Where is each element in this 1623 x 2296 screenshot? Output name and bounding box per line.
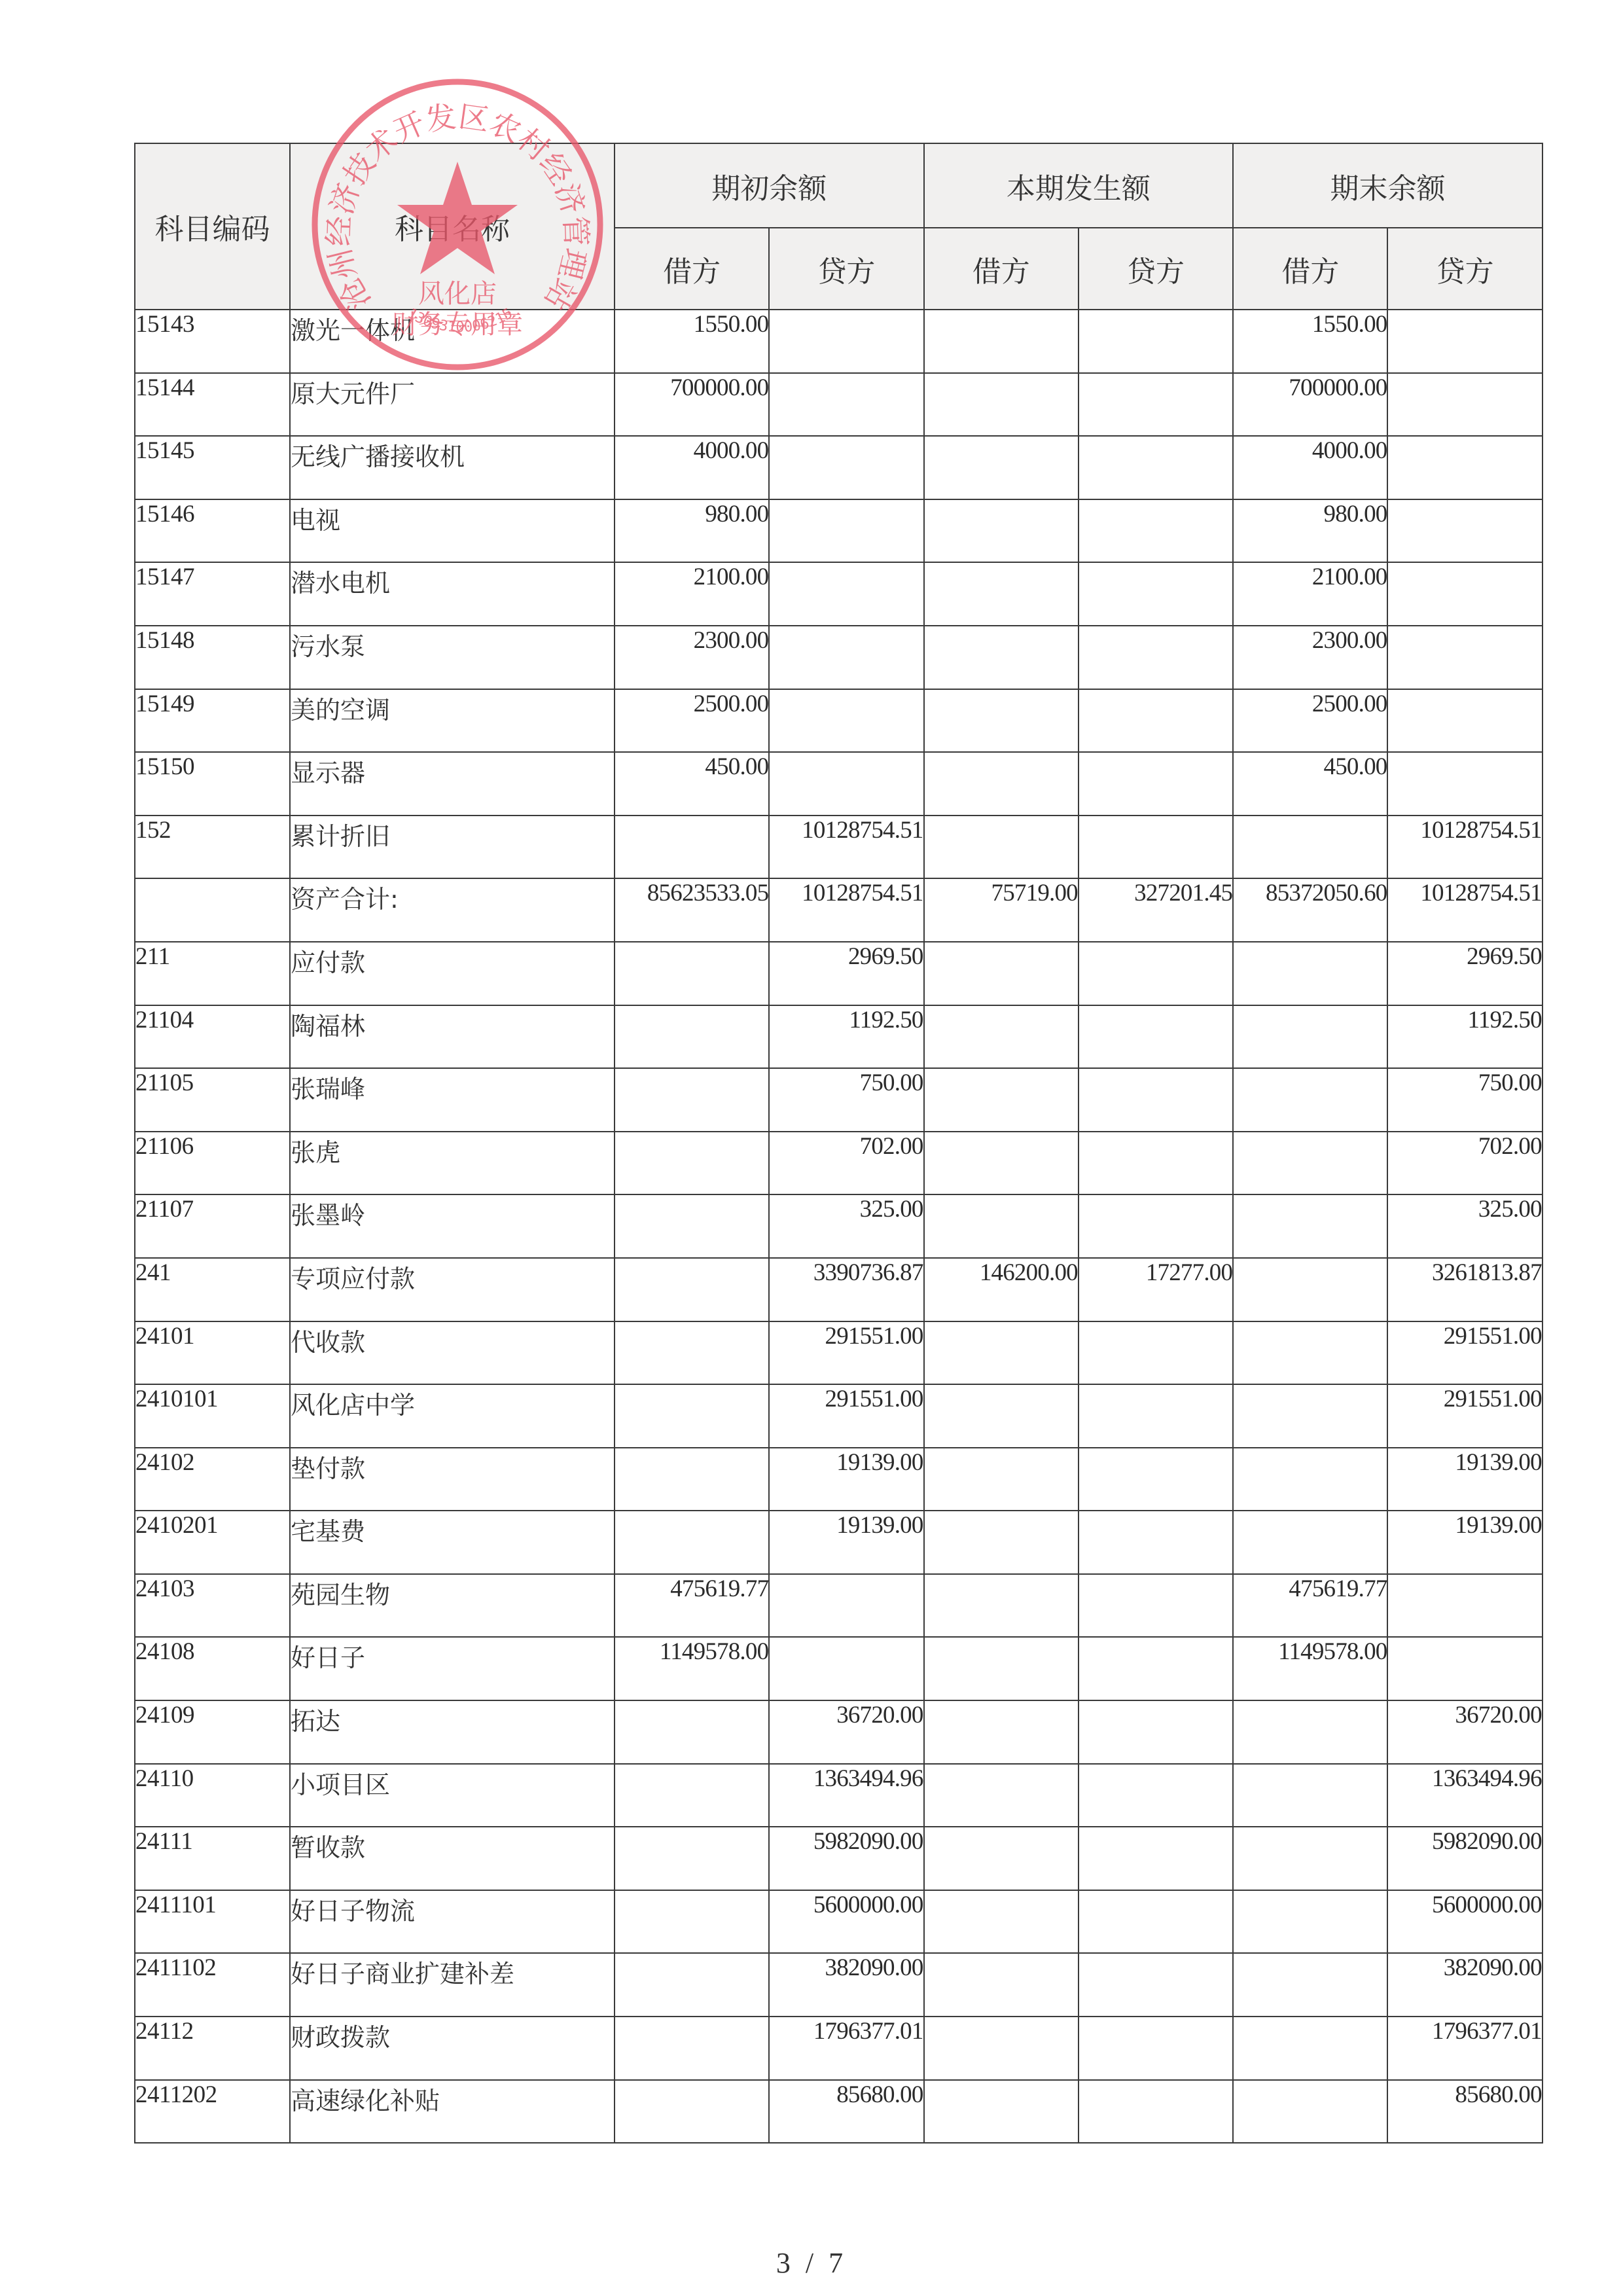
cell-opening-debit [615,1953,769,2017]
cell-period-credit [1079,1827,1233,1890]
cell-closing-debit [1233,1194,1387,1258]
cell-account-name: 宅基费 [290,1511,615,1574]
cell-opening-credit [769,310,923,373]
table-row: 15144原大元件厂700000.00700000.00 [135,373,1543,437]
cell-closing-credit: 2969.50 [1387,942,1542,1005]
table-row: 2411101好日子物流5600000.005600000.00 [135,1890,1543,1954]
cell-opening-credit: 5600000.00 [769,1890,923,1954]
cell-opening-credit: 5982090.00 [769,1827,923,1890]
cell-opening-credit: 291551.00 [769,1321,923,1385]
cell-period-credit [1079,1574,1233,1638]
cell-closing-debit: 1550.00 [1233,310,1387,373]
cell-period-debit [924,1827,1079,1890]
cell-account-name: 好日子商业扩建补差 [290,1953,615,2017]
cell-account-name: 暂收款 [290,1827,615,1890]
cell-account-code: 15150 [135,752,290,816]
table-header: 科目编码 科目名称 期初余额 本期发生额 期末余额 借方 贷方 借方 贷方 借方… [135,143,1543,310]
cell-period-debit: 75719.00 [924,878,1079,942]
cell-opening-debit: 2500.00 [615,689,769,753]
cell-account-name: 资产合计: [290,878,615,942]
cell-closing-debit: 980.00 [1233,499,1387,563]
cell-opening-debit [615,816,769,879]
table-row: 24109拓达36720.0036720.00 [135,1700,1543,1764]
cell-period-credit [1079,1384,1233,1448]
cell-closing-credit [1387,752,1542,816]
cell-period-credit [1079,1953,1233,2017]
table-row: 211应付款2969.502969.50 [135,942,1543,1005]
cell-closing-credit: 702.00 [1387,1132,1542,1195]
table-row: 24112财政拨款1796377.011796377.01 [135,2017,1543,2080]
cell-account-code: 24111 [135,1827,290,1890]
cell-closing-credit [1387,626,1542,689]
cell-closing-debit [1233,816,1387,879]
cell-account-name: 风化店中学 [290,1384,615,1448]
cell-closing-credit [1387,1637,1542,1700]
cell-period-credit [1079,562,1233,626]
cell-period-debit [924,816,1079,879]
trial-balance-table: 科目编码 科目名称 期初余额 本期发生额 期末余额 借方 贷方 借方 贷方 借方… [134,143,1543,2144]
cell-account-code: 24112 [135,2017,290,2080]
cell-closing-credit: 19139.00 [1387,1448,1542,1511]
cell-account-code: 152 [135,816,290,879]
cell-closing-credit: 1796377.01 [1387,2017,1542,2080]
cell-closing-credit: 291551.00 [1387,1384,1542,1448]
cell-opening-debit [615,1068,769,1132]
cell-opening-debit [615,1258,769,1321]
cell-opening-credit [769,499,923,563]
cell-opening-debit [615,2080,769,2144]
header-opening-debit: 借方 [615,228,769,310]
cell-period-debit [924,2017,1079,2080]
cell-closing-credit: 3261813.87 [1387,1258,1542,1321]
cell-opening-debit: 85623533.05 [615,878,769,942]
cell-account-name: 潜水电机 [290,562,615,626]
cell-closing-credit [1387,436,1542,499]
cell-account-name: 拓达 [290,1700,615,1764]
cell-opening-credit: 291551.00 [769,1384,923,1448]
table-body: 15143激光一体机1550.001550.0015144原大元件厂700000… [135,310,1543,2143]
table-row: 15150显示器450.00450.00 [135,752,1543,816]
cell-opening-credit: 1796377.01 [769,2017,923,2080]
table-row: 24102垫付款19139.0019139.00 [135,1448,1543,1511]
cell-period-debit [924,2080,1079,2144]
cell-closing-debit [1233,1258,1387,1321]
cell-account-code: 24101 [135,1321,290,1385]
cell-period-credit [1079,942,1233,1005]
cell-closing-debit [1233,1132,1387,1195]
header-account-name: 科目名称 [290,143,615,310]
cell-closing-debit [1233,1005,1387,1069]
cell-account-code: 21106 [135,1132,290,1195]
cell-opening-credit: 19139.00 [769,1448,923,1511]
cell-opening-credit [769,752,923,816]
cell-opening-debit [615,1194,769,1258]
cell-account-name: 好日子 [290,1637,615,1700]
cell-account-name: 应付款 [290,942,615,1005]
cell-closing-debit [1233,2080,1387,2144]
cell-opening-debit [615,1005,769,1069]
cell-account-code: 24109 [135,1700,290,1764]
cell-period-debit [924,436,1079,499]
cell-closing-debit: 2500.00 [1233,689,1387,753]
cell-opening-debit: 980.00 [615,499,769,563]
cell-account-code: 15145 [135,436,290,499]
table-row: 15145无线广播接收机4000.004000.00 [135,436,1543,499]
cell-opening-debit [615,942,769,1005]
cell-period-debit [924,1890,1079,1954]
cell-account-code: 15148 [135,626,290,689]
cell-period-debit [924,562,1079,626]
cell-closing-debit [1233,1384,1387,1448]
cell-period-debit [924,1637,1079,1700]
cell-closing-credit: 382090.00 [1387,1953,1542,2017]
page-number: 3 / 7 [0,2246,1623,2280]
header-closing-balance: 期末余额 [1233,143,1543,228]
cell-opening-credit: 36720.00 [769,1700,923,1764]
cell-period-credit [1079,752,1233,816]
header-closing-debit: 借方 [1233,228,1387,310]
cell-closing-credit: 36720.00 [1387,1700,1542,1764]
cell-closing-debit [1233,1068,1387,1132]
cell-period-credit [1079,1511,1233,1574]
cell-opening-credit: 10128754.51 [769,878,923,942]
cell-account-code: 2410201 [135,1511,290,1574]
cell-period-credit [1079,1321,1233,1385]
cell-account-code: 2411102 [135,1953,290,2017]
table-row: 24108好日子1149578.001149578.00 [135,1637,1543,1700]
cell-opening-credit [769,689,923,753]
cell-period-credit [1079,626,1233,689]
header-closing-credit: 贷方 [1387,228,1542,310]
cell-account-name: 电视 [290,499,615,563]
table-row: 15146电视980.00980.00 [135,499,1543,563]
cell-opening-debit: 4000.00 [615,436,769,499]
cell-account-name: 美的空调 [290,689,615,753]
cell-period-credit [1079,1637,1233,1700]
cell-opening-credit: 750.00 [769,1068,923,1132]
table-row: 241专项应付款3390736.87146200.0017277.0032618… [135,1258,1543,1321]
cell-account-name: 小项目区 [290,1764,615,1827]
cell-period-credit [1079,310,1233,373]
cell-period-debit [924,1194,1079,1258]
cell-account-name: 张墨岭 [290,1194,615,1258]
cell-period-debit [924,626,1079,689]
cell-opening-debit [615,1890,769,1954]
cell-account-name: 张虎 [290,1132,615,1195]
cell-period-credit [1079,1068,1233,1132]
cell-period-debit [924,1005,1079,1069]
cell-period-debit [924,1700,1079,1764]
cell-closing-credit [1387,1574,1542,1638]
cell-period-debit [924,1953,1079,2017]
cell-opening-debit [615,1827,769,1890]
cell-account-name: 好日子物流 [290,1890,615,1954]
table-row: 24103苑园生物475619.77475619.77 [135,1574,1543,1638]
cell-account-code: 24110 [135,1764,290,1827]
cell-account-name: 苑园生物 [290,1574,615,1638]
cell-opening-credit: 1192.50 [769,1005,923,1069]
cell-closing-credit: 1363494.96 [1387,1764,1542,1827]
header-period-credit: 贷方 [1079,228,1233,310]
cell-opening-credit [769,562,923,626]
table-row: 2410101风化店中学291551.00291551.00 [135,1384,1543,1448]
cell-closing-credit [1387,562,1542,626]
table-row: 15143激光一体机1550.001550.00 [135,310,1543,373]
header-account-code: 科目编码 [135,143,290,310]
header-opening-balance: 期初余额 [615,143,924,228]
cell-opening-credit: 2969.50 [769,942,923,1005]
cell-account-name: 激光一体机 [290,310,615,373]
cell-account-name: 高速绿化补贴 [290,2080,615,2144]
cell-opening-debit [615,1511,769,1574]
cell-closing-debit: 475619.77 [1233,1574,1387,1638]
cell-closing-credit [1387,373,1542,437]
cell-opening-debit: 475619.77 [615,1574,769,1638]
cell-opening-debit: 1149578.00 [615,1637,769,1700]
cell-period-credit [1079,1448,1233,1511]
cell-account-code: 15149 [135,689,290,753]
cell-account-code: 2411202 [135,2080,290,2144]
cell-opening-debit: 2300.00 [615,626,769,689]
cell-closing-debit: 2100.00 [1233,562,1387,626]
cell-closing-debit: 85372050.60 [1233,878,1387,942]
cell-opening-credit: 382090.00 [769,1953,923,2017]
cell-account-code: 15147 [135,562,290,626]
cell-closing-debit: 2300.00 [1233,626,1387,689]
cell-opening-debit: 2100.00 [615,562,769,626]
cell-opening-debit [615,1764,769,1827]
cell-period-credit [1079,1132,1233,1195]
cell-account-code: 2411101 [135,1890,290,1954]
cell-period-credit [1079,373,1233,437]
cell-closing-credit: 5600000.00 [1387,1890,1542,1954]
cell-opening-debit [615,1132,769,1195]
cell-account-name: 原大元件厂 [290,373,615,437]
cell-period-debit [924,373,1079,437]
cell-account-name: 显示器 [290,752,615,816]
table-row: 21105张瑞峰750.00750.00 [135,1068,1543,1132]
cell-closing-credit: 750.00 [1387,1068,1542,1132]
cell-account-code: 21104 [135,1005,290,1069]
cell-account-name: 财政拨款 [290,2017,615,2080]
cell-closing-debit: 700000.00 [1233,373,1387,437]
cell-closing-debit [1233,1511,1387,1574]
cell-opening-credit [769,373,923,437]
cell-account-code: 24103 [135,1574,290,1638]
cell-opening-debit: 1550.00 [615,310,769,373]
cell-period-credit [1079,2080,1233,2144]
cell-closing-debit [1233,1890,1387,1954]
header-period-debit: 借方 [924,228,1079,310]
cell-period-credit [1079,1194,1233,1258]
cell-account-name: 代收款 [290,1321,615,1385]
cell-opening-debit [615,1448,769,1511]
cell-period-debit [924,1764,1079,1827]
cell-opening-debit [615,2017,769,2080]
cell-closing-debit: 4000.00 [1233,436,1387,499]
cell-opening-debit: 450.00 [615,752,769,816]
cell-closing-debit [1233,2017,1387,2080]
cell-closing-debit [1233,1700,1387,1764]
cell-account-name: 专项应付款 [290,1258,615,1321]
cell-closing-debit: 1149578.00 [1233,1637,1387,1700]
cell-opening-credit: 85680.00 [769,2080,923,2144]
table-row: 152累计折旧10128754.5110128754.51 [135,816,1543,879]
cell-opening-credit [769,1637,923,1700]
table-row: 21104陶福林1192.501192.50 [135,1005,1543,1069]
cell-period-debit [924,310,1079,373]
cell-period-credit [1079,436,1233,499]
cell-account-code: 15144 [135,373,290,437]
table-row: 资产合计:85623533.0510128754.5175719.0032720… [135,878,1543,942]
cell-period-debit [924,1574,1079,1638]
cell-account-name: 累计折旧 [290,816,615,879]
cell-period-debit [924,942,1079,1005]
cell-period-debit [924,1511,1079,1574]
cell-opening-debit [615,1700,769,1764]
cell-account-code: 2410101 [135,1384,290,1448]
cell-account-code: 15146 [135,499,290,563]
cell-closing-credit: 5982090.00 [1387,1827,1542,1890]
cell-account-code [135,878,290,942]
cell-period-debit [924,752,1079,816]
cell-closing-debit [1233,1827,1387,1890]
table-row: 21106张虎702.00702.00 [135,1132,1543,1195]
cell-closing-debit [1233,1321,1387,1385]
cell-closing-credit: 1192.50 [1387,1005,1542,1069]
header-opening-credit: 贷方 [769,228,923,310]
table-row: 24110小项目区1363494.961363494.96 [135,1764,1543,1827]
table-row: 2410201宅基费19139.0019139.00 [135,1511,1543,1574]
cell-period-debit [924,1132,1079,1195]
cell-period-credit [1079,1890,1233,1954]
cell-account-name: 无线广播接收机 [290,436,615,499]
table-row: 24101代收款291551.00291551.00 [135,1321,1543,1385]
cell-closing-credit [1387,499,1542,563]
cell-opening-credit: 1363494.96 [769,1764,923,1827]
cell-opening-credit: 702.00 [769,1132,923,1195]
cell-opening-debit [615,1384,769,1448]
cell-closing-credit [1387,310,1542,373]
cell-opening-credit [769,436,923,499]
cell-account-code: 24102 [135,1448,290,1511]
cell-closing-credit: 10128754.51 [1387,878,1542,942]
cell-account-name: 张瑞峰 [290,1068,615,1132]
cell-closing-credit: 10128754.51 [1387,816,1542,879]
cell-period-credit [1079,499,1233,563]
cell-account-code: 241 [135,1258,290,1321]
cell-period-debit [924,689,1079,753]
cell-period-credit [1079,1700,1233,1764]
cell-opening-credit: 19139.00 [769,1511,923,1574]
header-period-amount: 本期发生额 [924,143,1234,228]
cell-account-code: 211 [135,942,290,1005]
cell-period-debit [924,1068,1079,1132]
cell-account-name: 陶福林 [290,1005,615,1069]
cell-opening-credit [769,626,923,689]
cell-opening-credit: 10128754.51 [769,816,923,879]
cell-closing-credit: 291551.00 [1387,1321,1542,1385]
cell-account-code: 15143 [135,310,290,373]
cell-period-credit [1079,689,1233,753]
cell-period-debit [924,1448,1079,1511]
table-row: 2411102好日子商业扩建补差382090.00382090.00 [135,1953,1543,2017]
cell-period-debit [924,499,1079,563]
cell-closing-debit [1233,1448,1387,1511]
cell-closing-credit: 325.00 [1387,1194,1542,1258]
cell-opening-credit: 3390736.87 [769,1258,923,1321]
table-row: 15149美的空调2500.002500.00 [135,689,1543,753]
cell-account-code: 21105 [135,1068,290,1132]
cell-opening-credit: 325.00 [769,1194,923,1258]
cell-period-debit [924,1321,1079,1385]
cell-closing-debit: 450.00 [1233,752,1387,816]
cell-opening-debit [615,1321,769,1385]
cell-closing-credit: 19139.00 [1387,1511,1542,1574]
cell-closing-debit [1233,942,1387,1005]
cell-period-credit [1079,1005,1233,1069]
cell-period-credit: 17277.00 [1079,1258,1233,1321]
cell-closing-credit: 85680.00 [1387,2080,1542,2144]
cell-account-code: 24108 [135,1637,290,1700]
cell-period-credit: 327201.45 [1079,878,1233,942]
cell-period-credit [1079,2017,1233,2080]
cell-closing-debit [1233,1764,1387,1827]
cell-closing-debit [1233,1953,1387,2017]
table-row: 15148污水泵2300.002300.00 [135,626,1543,689]
document-page: 科目编码 科目名称 期初余额 本期发生额 期末余额 借方 贷方 借方 贷方 借方… [0,0,1623,2296]
cell-opening-credit [769,1574,923,1638]
cell-closing-credit [1387,689,1542,753]
table-row: 24111暂收款5982090.005982090.00 [135,1827,1543,1890]
table-row: 21107张墨岭325.00325.00 [135,1194,1543,1258]
cell-period-debit: 146200.00 [924,1258,1079,1321]
cell-period-debit [924,1384,1079,1448]
table-row: 15147潜水电机2100.002100.00 [135,562,1543,626]
cell-period-credit [1079,1764,1233,1827]
cell-opening-debit: 700000.00 [615,373,769,437]
cell-account-name: 污水泵 [290,626,615,689]
table-row: 2411202高速绿化补贴85680.0085680.00 [135,2080,1543,2144]
cell-account-code: 21107 [135,1194,290,1258]
cell-account-name: 垫付款 [290,1448,615,1511]
cell-period-credit [1079,816,1233,879]
